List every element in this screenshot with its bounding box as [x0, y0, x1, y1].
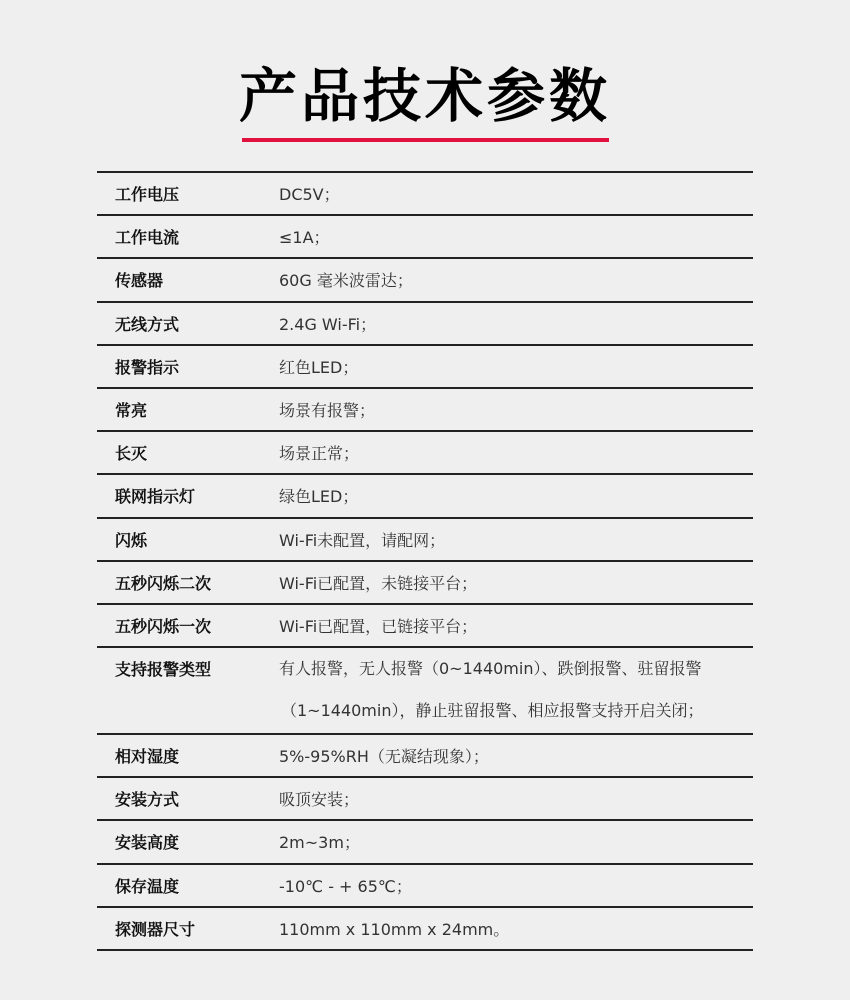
- spec-row-humidity: 相对湿度5%-95%RH（无凝结现象）；: [97, 735, 753, 778]
- spec-row-blink: 闪烁Wi-Fi未配置，请配网；: [97, 519, 753, 562]
- spec-row-blink-once: 五秒闪烁一次Wi-Fi已配置，已链接平台；: [97, 605, 753, 648]
- spec-value-line-2: （1~1440min），静止驻留报警、相应报警支持开启关闭；: [279, 690, 753, 732]
- spec-label: 无线方式: [97, 303, 279, 346]
- spec-row-always-off: 长灭场景正常；: [97, 432, 753, 475]
- spec-label: 报警指示: [97, 346, 279, 389]
- spec-value: Wi-Fi未配置，请配网；: [279, 519, 753, 562]
- spec-row-voltage: 工作电压DC5V；: [97, 173, 753, 216]
- spec-label: 闪烁: [97, 519, 279, 562]
- spec-value: 绿色LED；: [279, 475, 753, 518]
- spec-row-always-on: 常亮场景有报警；: [97, 389, 753, 432]
- title-underline: [242, 138, 609, 142]
- spec-value: Wi-Fi已配置，未链接平台；: [279, 562, 753, 605]
- spec-row-alarm-types: 支持报警类型有人报警，无人报警（0~1440min）、跌倒报警、驻留报警（1~1…: [97, 648, 753, 735]
- spec-table: 工作电压DC5V； 工作电流≤1A； 传感器60G 毫米波雷达； 无线方式2.4…: [97, 171, 753, 951]
- spec-row-wireless: 无线方式2.4G Wi-Fi；: [97, 303, 753, 346]
- spec-label: 长灭: [97, 432, 279, 475]
- spec-label: 工作电流: [97, 216, 279, 259]
- spec-row-size: 探测器尺寸110mm x 110mm x 24mm。: [97, 908, 753, 951]
- spec-value: 2m~3m；: [279, 821, 753, 864]
- spec-value: 60G 毫米波雷达；: [279, 259, 753, 302]
- spec-value: 场景正常；: [279, 432, 753, 475]
- spec-row-height: 安装高度2m~3m；: [97, 821, 753, 864]
- spec-row-mounting: 安装方式吸顶安装；: [97, 778, 753, 821]
- spec-value: 吸顶安装；: [279, 778, 753, 821]
- spec-row-current: 工作电流≤1A；: [97, 216, 753, 259]
- spec-label: 五秒闪烁一次: [97, 605, 279, 648]
- spec-value: 2.4G Wi-Fi；: [279, 303, 753, 346]
- spec-label: 安装方式: [97, 778, 279, 821]
- spec-value: 5%-95%RH（无凝结现象）；: [279, 735, 753, 778]
- spec-row-storage-temp: 保存温度-10℃ - + 65℃；: [97, 865, 753, 908]
- spec-value: 场景有报警；: [279, 389, 753, 432]
- spec-row-blink-twice: 五秒闪烁二次Wi-Fi已配置，未链接平台；: [97, 562, 753, 605]
- spec-row-alarm-indicator: 报警指示红色LED；: [97, 346, 753, 389]
- spec-value: DC5V；: [279, 173, 753, 216]
- spec-label: 联网指示灯: [97, 475, 279, 518]
- spec-label: 传感器: [97, 259, 279, 302]
- spec-label: 安装高度: [97, 821, 279, 864]
- spec-label: 五秒闪烁二次: [97, 562, 279, 605]
- spec-label: 相对湿度: [97, 735, 279, 778]
- spec-value: ≤1A；: [279, 216, 753, 259]
- spec-label: 常亮: [97, 389, 279, 432]
- spec-value: -10℃ - + 65℃；: [279, 865, 753, 908]
- spec-label: 探测器尺寸: [97, 908, 279, 951]
- spec-row-network-indicator: 联网指示灯绿色LED；: [97, 475, 753, 518]
- spec-label: 支持报警类型: [97, 648, 279, 691]
- spec-value: 110mm x 110mm x 24mm。: [279, 908, 753, 951]
- spec-value: 有人报警，无人报警（0~1440min）、跌倒报警、驻留报警（1~1440min…: [279, 648, 753, 732]
- spec-label: 工作电压: [97, 173, 279, 216]
- spec-value: 红色LED；: [279, 346, 753, 389]
- spec-value: Wi-Fi已配置，已链接平台；: [279, 605, 753, 648]
- spec-value-line-1: 有人报警，无人报警（0~1440min）、跌倒报警、驻留报警: [279, 659, 701, 678]
- spec-row-sensor: 传感器60G 毫米波雷达；: [97, 259, 753, 302]
- spec-label: 保存温度: [97, 865, 279, 908]
- page-title: 产品技术参数: [0, 58, 850, 134]
